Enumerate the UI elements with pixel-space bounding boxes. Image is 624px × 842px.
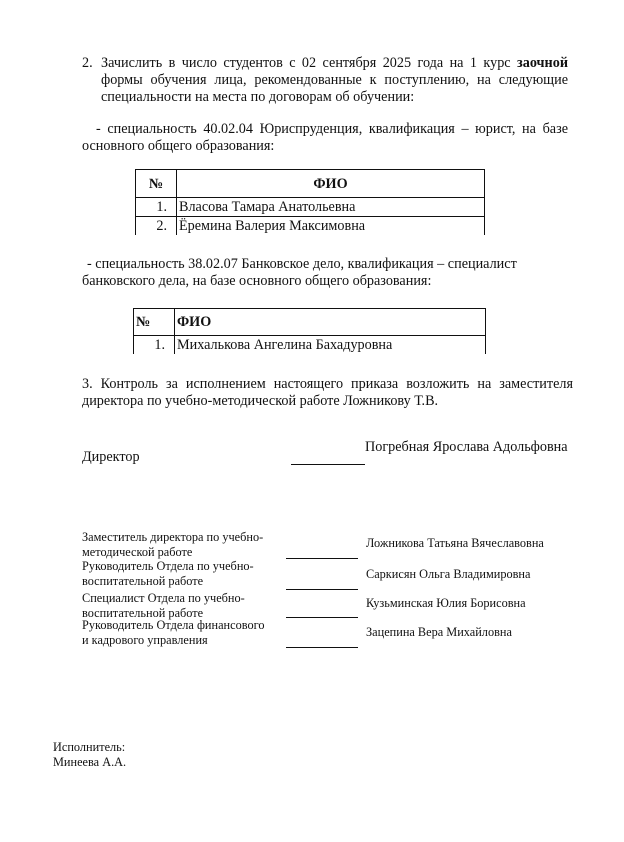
- approval-name-1: Ложникова Татьяна Вячеславовна: [366, 536, 544, 551]
- specialty-1-line-2: основного общего образования:: [82, 138, 568, 155]
- row-number: 1.: [136, 198, 177, 217]
- specialty-1: - специальность 40.02.04 Юриспруденция, …: [82, 121, 568, 155]
- section-2-line-1: Зачислить в число студентов с 02 сентябр…: [101, 55, 568, 72]
- section-2: 2. Зачислить в число студентов с 02 сент…: [82, 55, 568, 106]
- executor-block: Исполнитель: Минеева А.А.: [53, 740, 126, 769]
- header-number: №: [136, 170, 177, 198]
- approval-signature-line-4: [286, 647, 358, 648]
- director-signature-line: [291, 464, 365, 465]
- students-table-law: № ФИО 1. Власова Тамара Анатольевна 2. Ё…: [135, 169, 485, 235]
- approval-signature-line-2: [286, 589, 358, 590]
- section-2-line-2: формы обучения лица, рекомендованные к п…: [101, 72, 568, 89]
- students-table-banking: № ФИО 1. Михалькова Ангелина Бахадуровна: [133, 308, 486, 354]
- approval-name-2: Саркисян Ольга Владимировна: [366, 567, 530, 582]
- approval-signature-line-3: [286, 617, 358, 618]
- row-fio: Власова Тамара Анатольевна: [177, 198, 485, 217]
- director-name: Погребная Ярослава Адольфовна: [365, 439, 568, 456]
- approval-title-2: Руководитель Отдела по учебно- воспитате…: [82, 559, 254, 588]
- approval-name-4: Зацепина Вера Михайловна: [366, 625, 512, 640]
- section-2-line-3: специальности на места по договорам об о…: [101, 89, 568, 106]
- table-row: 1. Михалькова Ангелина Бахадуровна: [134, 336, 486, 355]
- row-number: 2.: [136, 217, 177, 236]
- section-2-number: 2.: [82, 55, 93, 72]
- table-row: 1. Власова Тамара Анатольевна: [136, 198, 485, 217]
- executor-label: Исполнитель:: [53, 740, 126, 755]
- approval-signature-line-1: [286, 558, 358, 559]
- table-header-row: № ФИО: [136, 170, 485, 198]
- specialty-2-line-1: - специальность 38.02.07 Банковское дело…: [82, 256, 568, 273]
- specialty-1-line-1: - специальность 40.02.04 Юриспруденция, …: [82, 121, 568, 138]
- row-number: 1.: [134, 336, 175, 355]
- approval-name-3: Кузьминская Юлия Борисовна: [366, 596, 526, 611]
- approval-title-4: Руководитель Отдела финансового и кадров…: [82, 618, 265, 647]
- header-number: №: [134, 309, 175, 336]
- specialty-2: - специальность 38.02.07 Банковское дело…: [82, 256, 568, 290]
- row-fio: Ёремина Валерия Максимовна: [177, 217, 485, 236]
- row-fio: Михалькова Ангелина Бахадуровна: [175, 336, 486, 355]
- approval-title-1: Заместитель директора по учебно- методич…: [82, 530, 263, 559]
- section-3-line-1: 3. Контроль за исполнением настоящего пр…: [82, 376, 573, 393]
- section-3-line-2: директора по учебно-методической работе …: [82, 393, 573, 410]
- specialty-2-line-2: банковского дела, на базе основного обще…: [82, 273, 568, 290]
- approval-title-3: Специалист Отдела по учебно- воспитатель…: [82, 591, 245, 620]
- header-fio: ФИО: [175, 309, 486, 336]
- table-header-row: № ФИО: [134, 309, 486, 336]
- study-form-bold: заочной: [517, 55, 568, 71]
- executor-name: Минеева А.А.: [53, 755, 126, 770]
- section-2-text: Зачислить в число студентов с 02 сентябр…: [101, 55, 568, 106]
- table-row: 2. Ёремина Валерия Максимовна: [136, 217, 485, 236]
- header-fio: ФИО: [177, 170, 485, 198]
- section-3: 3. Контроль за исполнением настоящего пр…: [82, 376, 573, 410]
- director-title: Директор: [82, 449, 140, 466]
